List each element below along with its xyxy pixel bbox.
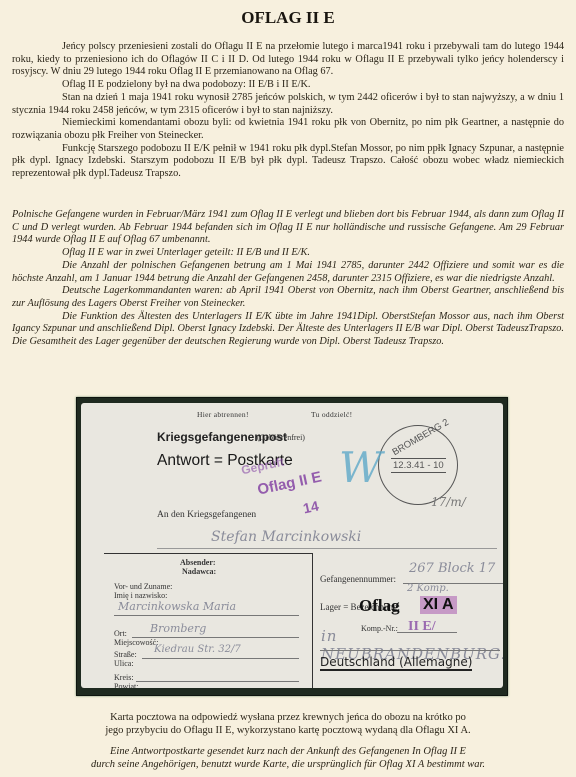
miejscowosc-label: Miejscowość: <box>114 638 158 647</box>
recipient-name-handwritten: Stefan Marcinkowski <box>211 529 361 545</box>
komp-note-handwritten: 2 Komp. <box>407 583 449 594</box>
polish-paragraph: Funkcję Starszego podobozu II E/K pełnił… <box>12 143 564 181</box>
polish-paragraph: Niemieckimi komendantami obozu byli: od … <box>12 117 564 142</box>
caption-german: Eine Antwortpostkarte gesendet kurz nach… <box>0 745 576 771</box>
german-paragraph: Oflag II E war in zwei Unterlager geteil… <box>12 247 564 260</box>
postmark-date: 12.3.41 - 10 <box>391 458 446 473</box>
location-line <box>320 650 500 651</box>
censor-stamp-line2: Oflag II E <box>256 468 323 498</box>
kreis-label: Kreis: <box>114 673 134 682</box>
name-label-pl: Imię i nazwisko: <box>114 591 167 600</box>
lager-printed-xia: XI A <box>420 596 457 614</box>
polish-description: Jeńcy polscy przeniesieni zostali do Ofl… <box>12 41 564 181</box>
nadawca-label: Nadawca: <box>182 567 216 576</box>
an-den-label: An den Kriegsgefangenen <box>157 510 256 520</box>
ort-handwritten: Bromberg <box>150 622 206 635</box>
caption-german-line: durch seine Angehörigen, benutzt wurde K… <box>0 758 576 771</box>
german-description: Polnische Gefangene wurden in Februar/Mä… <box>12 209 564 349</box>
polish-paragraph: Oflag II E podzielony był na dwa podoboz… <box>12 79 564 92</box>
page-title: OFLAG II E <box>0 8 576 28</box>
gefangenennummer-handwritten: 267 Block 17 <box>409 561 495 576</box>
censor-initial: W <box>339 443 382 492</box>
censor-stamp-line3: 14 <box>302 498 321 517</box>
postmark-city: BROMBERG 2 <box>390 417 450 458</box>
ulica-label: Ulica: <box>114 659 134 668</box>
caption-polish-line: Karta pocztowa na odpowiedź wysłana prze… <box>0 711 576 724</box>
sender-name-handwritten: Marcinkowska Maria <box>118 600 236 613</box>
polish-paragraph: Jeńcy polscy przeniesieni zostali do Ofl… <box>12 41 564 79</box>
powiat-label: Powiat: <box>114 682 138 688</box>
country-label: Deutschland (Allemagne) <box>320 655 472 671</box>
german-paragraph: Polnische Gefangene wurden in Februar/Mä… <box>12 209 564 247</box>
strasse-line <box>142 658 299 659</box>
ort-label: Ort: <box>114 629 127 638</box>
address-line <box>157 548 497 549</box>
lager-oflag: Oflag <box>359 596 400 616</box>
caption-polish-line: jego przybyciu do Oflagu II E, wykorzyst… <box>0 724 576 737</box>
postcard-paper: Hier abtrennen! Tu oddzielć! Kriegsgefan… <box>81 403 503 688</box>
caption-german-line: Eine Antwortpostkarte gesendet kurz nach… <box>0 745 576 758</box>
polish-paragraph: Stan na dzień 1 maja 1941 roku wynosił 2… <box>12 92 564 117</box>
name-line <box>114 615 299 616</box>
german-paragraph: Deutsche Lagerkommandanten waren: ab Apr… <box>12 285 564 310</box>
kreis-line <box>136 681 299 682</box>
pencil-note: 17/m/ <box>431 495 466 509</box>
postmark-stamp: BROMBERG 2 12.3.41 - 10 <box>378 425 458 505</box>
german-paragraph: Die Funktion des Ältesten des Unterlager… <box>12 311 564 349</box>
caption-polish: Karta pocztowa na odpowiedź wysłana prze… <box>0 711 576 737</box>
strasse-handwritten: Kiedrau Str. 32/7 <box>154 644 241 655</box>
postcard-image: Hier abtrennen! Tu oddzielć! Kriegsgefan… <box>76 397 508 696</box>
sender-box: Absender: Nadawca: Vor- und Zuname: Imię… <box>104 553 313 688</box>
german-paragraph: Die Anzahl der polnischen Gefangenen bet… <box>12 260 564 285</box>
strasse-label: Straße: <box>114 650 137 659</box>
tear-label-pl: Tu oddzielć! <box>311 410 352 419</box>
name-label-de: Vor- und Zuname: <box>114 582 172 591</box>
gebuehrenfrei-label: (Gebührenfrei) <box>257 433 305 442</box>
absender-label: Absender: <box>180 558 216 567</box>
tear-label-de: Hier abtrennen! <box>197 410 249 419</box>
gefangenennummer-label: Gefangenennummer: <box>320 575 396 584</box>
